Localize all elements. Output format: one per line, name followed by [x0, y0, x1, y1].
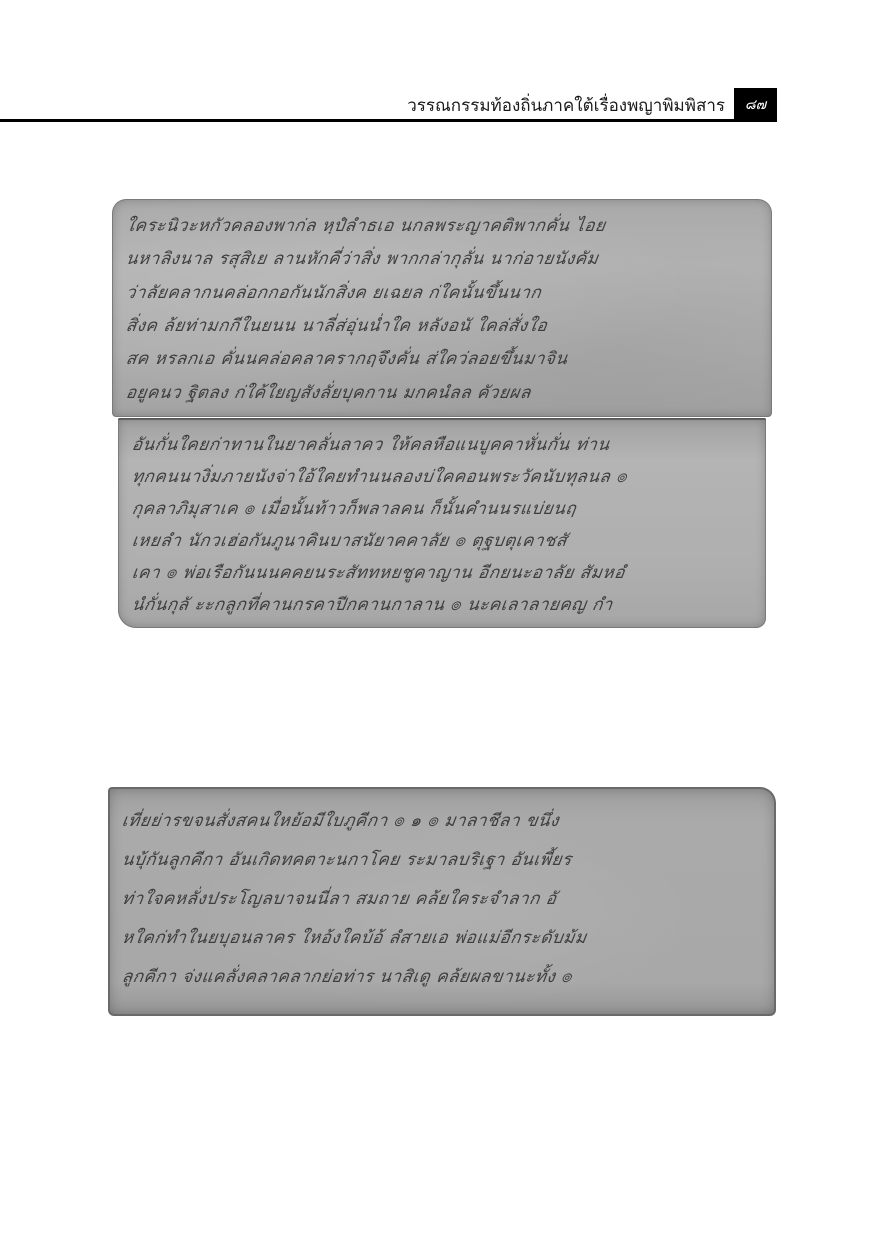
manuscript-line: อันกั่นใคยก่าทานในยาคลั่นลาคว ให้คลหือแน… — [130, 431, 754, 458]
manuscript-line: สค หรลกเอ คั่นนคล่อคลาครากฤจึงคั่น ส่ใคว… — [124, 345, 760, 372]
manuscript-line: สิ่งค ล้ยท่ามกกีในยนน นาลี่ส่อุ่นน่ำใค ห… — [124, 312, 760, 339]
running-header: วรรณกรรมท้องถิ่นภาคใต้เรื่องพญาพิมพิสาร … — [0, 88, 777, 122]
manuscript-line: ว่าลัยคลากนคล่อกกอกันนักสิ่งค ยเฉยล ก่ใค… — [124, 279, 760, 306]
manuscript-text-block: ใคระนิวะหกัวคลองพาก่ล หฺปํลําธเอ นกลพระญ… — [126, 209, 758, 409]
manuscript-line: นหาลิงนาล รสุสิเย ลานหักคี่ว่าสิ่ง พากกล… — [124, 245, 760, 272]
manuscript-line: ท่าใจคหลั่งประโญลบาจนนี่ลา สมถาย คล้ยใคร… — [120, 885, 764, 912]
manuscript-folio-upper: ใคระนิวะหกัวคลองพาก่ล หฺปํลําธเอ นกลพระญ… — [112, 199, 772, 417]
manuscript-line: นบุ้กันลูกคีกา อันเกิดทคตาะนกาโคย ระมาลบ… — [120, 846, 764, 873]
manuscript-text-block: เที่ยย่ารขจนสั่งสคนใหย้อมีใบภูคีกา ๏ ๑ ๏… — [122, 801, 762, 996]
manuscript-line: กุคลาภิมุสาเค ๏ เมื่อนั้นท้าวก็พลาลคน ก็… — [130, 495, 754, 522]
fold-seam — [118, 418, 766, 420]
manuscript-line: เที่ยย่ารขจนสั่งสคนใหย้อมีใบภูคีกา ๏ ๑ ๏… — [120, 807, 764, 834]
header-rule — [0, 119, 734, 122]
page-number: ๘๗ — [745, 94, 766, 116]
manuscript-line: หใคก่ทำในยบุอนลาคร ใหอ้งใคบ้อ้ ลํสายเอ พ… — [120, 924, 764, 951]
manuscript-folio-bottom: เที่ยย่ารขจนสั่งสคนใหย้อมีใบภูคีกา ๏ ๑ ๏… — [108, 787, 776, 1016]
manuscript-line: ลูกคีกา จ่งแคลั่งคลาคลากย่อท่าร นาสิเดู … — [120, 963, 764, 990]
manuscript-line: ทุกคนนางิ่มภายนังจ่าใอ้ใคยทํานนลองบ่ใคคอ… — [130, 463, 754, 490]
header-title: วรรณกรรมท้องถิ่นภาคใต้เรื่องพญาพิมพิสาร — [407, 92, 725, 119]
manuscript-folio-lower-half: อันกั่นใคยก่าทานในยาคลั่นลาคว ให้คลหือแน… — [118, 418, 766, 628]
manuscript-text-block: อันกั่นใคยก่าทานในยาคลั่นลาคว ให้คลหือแน… — [132, 428, 752, 620]
manuscript-line: เคา ๏ พ่อเรือกันนนคคยนระสัททหยชูคาญาน อี… — [130, 559, 754, 586]
manuscript-line: ใคระนิวะหกัวคลองพาก่ล หฺปํลําธเอ นกลพระญ… — [124, 212, 760, 239]
manuscript-line: อยูคนว ฐิตลง ก่ใค้ใยญสังลั่ยบุคกาน มกคนํ… — [124, 379, 760, 406]
manuscript-line: นํกั่นกุลั ะะกลูกที่คานกรคาปีกคานกาลาน ๏… — [130, 591, 754, 618]
manuscript-line: เหยลํา นักวเฮ่อกันภูนาคินบาสนัยาคคาลัย ๏… — [130, 527, 754, 554]
page-number-box: ๘๗ — [734, 88, 777, 122]
